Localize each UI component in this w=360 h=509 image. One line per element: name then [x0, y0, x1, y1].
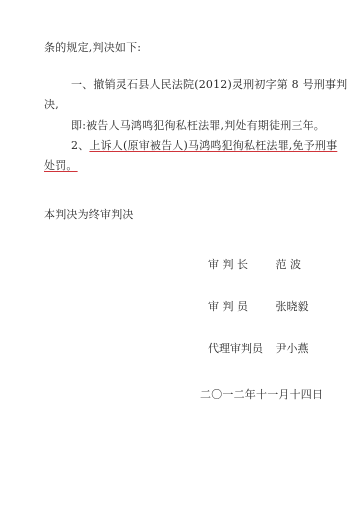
signature-role: 审 判 员 — [208, 300, 272, 314]
signature-acting-judge: 代理审判员 尹小燕 — [208, 342, 309, 356]
signature-judge: 审 判 员 张晓毅 — [208, 300, 309, 314]
signature-role: 代理审判员 — [208, 342, 272, 356]
item2-line2: 处罚。 — [44, 159, 78, 173]
judgment-date: 二〇一二年十一月十四日 — [200, 388, 323, 402]
item1-detail: 即:被告人马鸿鸣犯徇私枉法罪,判处有期徒刑三年。 — [71, 119, 325, 133]
final-statement: 本判决为终审判决 — [44, 208, 134, 222]
intro-line: 条的规定,判决如下: — [44, 41, 141, 55]
item2-text-underlined: 上诉人(原审被告人)马鸿鸣犯徇私枉法罪,免予刑事 — [89, 139, 337, 152]
item2-number: 2、 — [71, 139, 89, 152]
signature-name: 张晓毅 — [276, 300, 309, 314]
signature-name: 尹小燕 — [276, 342, 309, 356]
item1-line2: 决, — [44, 98, 59, 112]
signature-presiding-judge: 审 判 长 范 波 — [208, 258, 301, 272]
item2-text-underlined-2: 处罚。 — [44, 159, 78, 172]
item1-line1: 一、撤销灵石县人民法院(2012)灵刑初字第 8 号刑事判 — [71, 78, 347, 92]
item2-line1: 2、上诉人(原审被告人)马鸿鸣犯徇私枉法罪,免予刑事 — [71, 139, 337, 153]
signature-role: 审 判 长 — [208, 258, 272, 272]
signature-name: 范 波 — [276, 258, 302, 272]
